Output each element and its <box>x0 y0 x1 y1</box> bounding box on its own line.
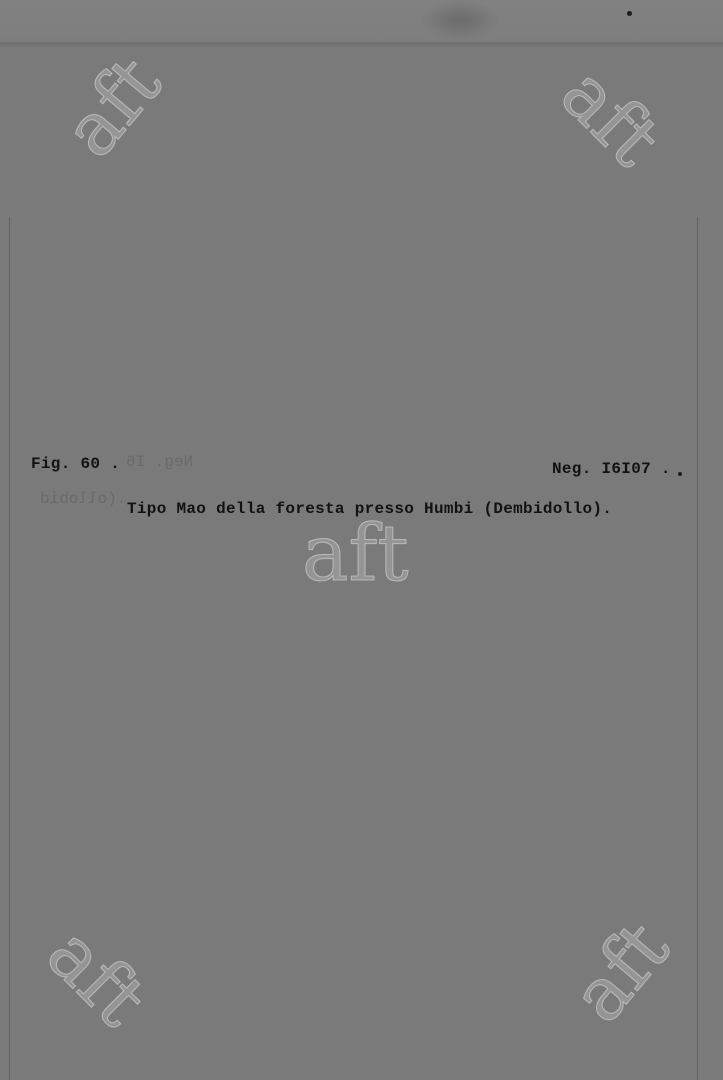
stain-mark <box>420 0 500 40</box>
scan-top-margin <box>0 0 723 44</box>
negative-number: Neg. I6I07 . <box>552 460 671 478</box>
right-margin-line <box>697 217 698 1080</box>
bleed-through-text-right: Neg. I6 <box>126 453 193 471</box>
figure-label: Fig. 60 . <box>31 455 120 473</box>
ink-spot <box>627 11 632 16</box>
ink-spot <box>678 472 682 476</box>
left-margin-line <box>9 217 10 1080</box>
bleed-through-text-left: .(ollobid <box>40 490 126 508</box>
watermark-center: aft <box>302 515 409 593</box>
